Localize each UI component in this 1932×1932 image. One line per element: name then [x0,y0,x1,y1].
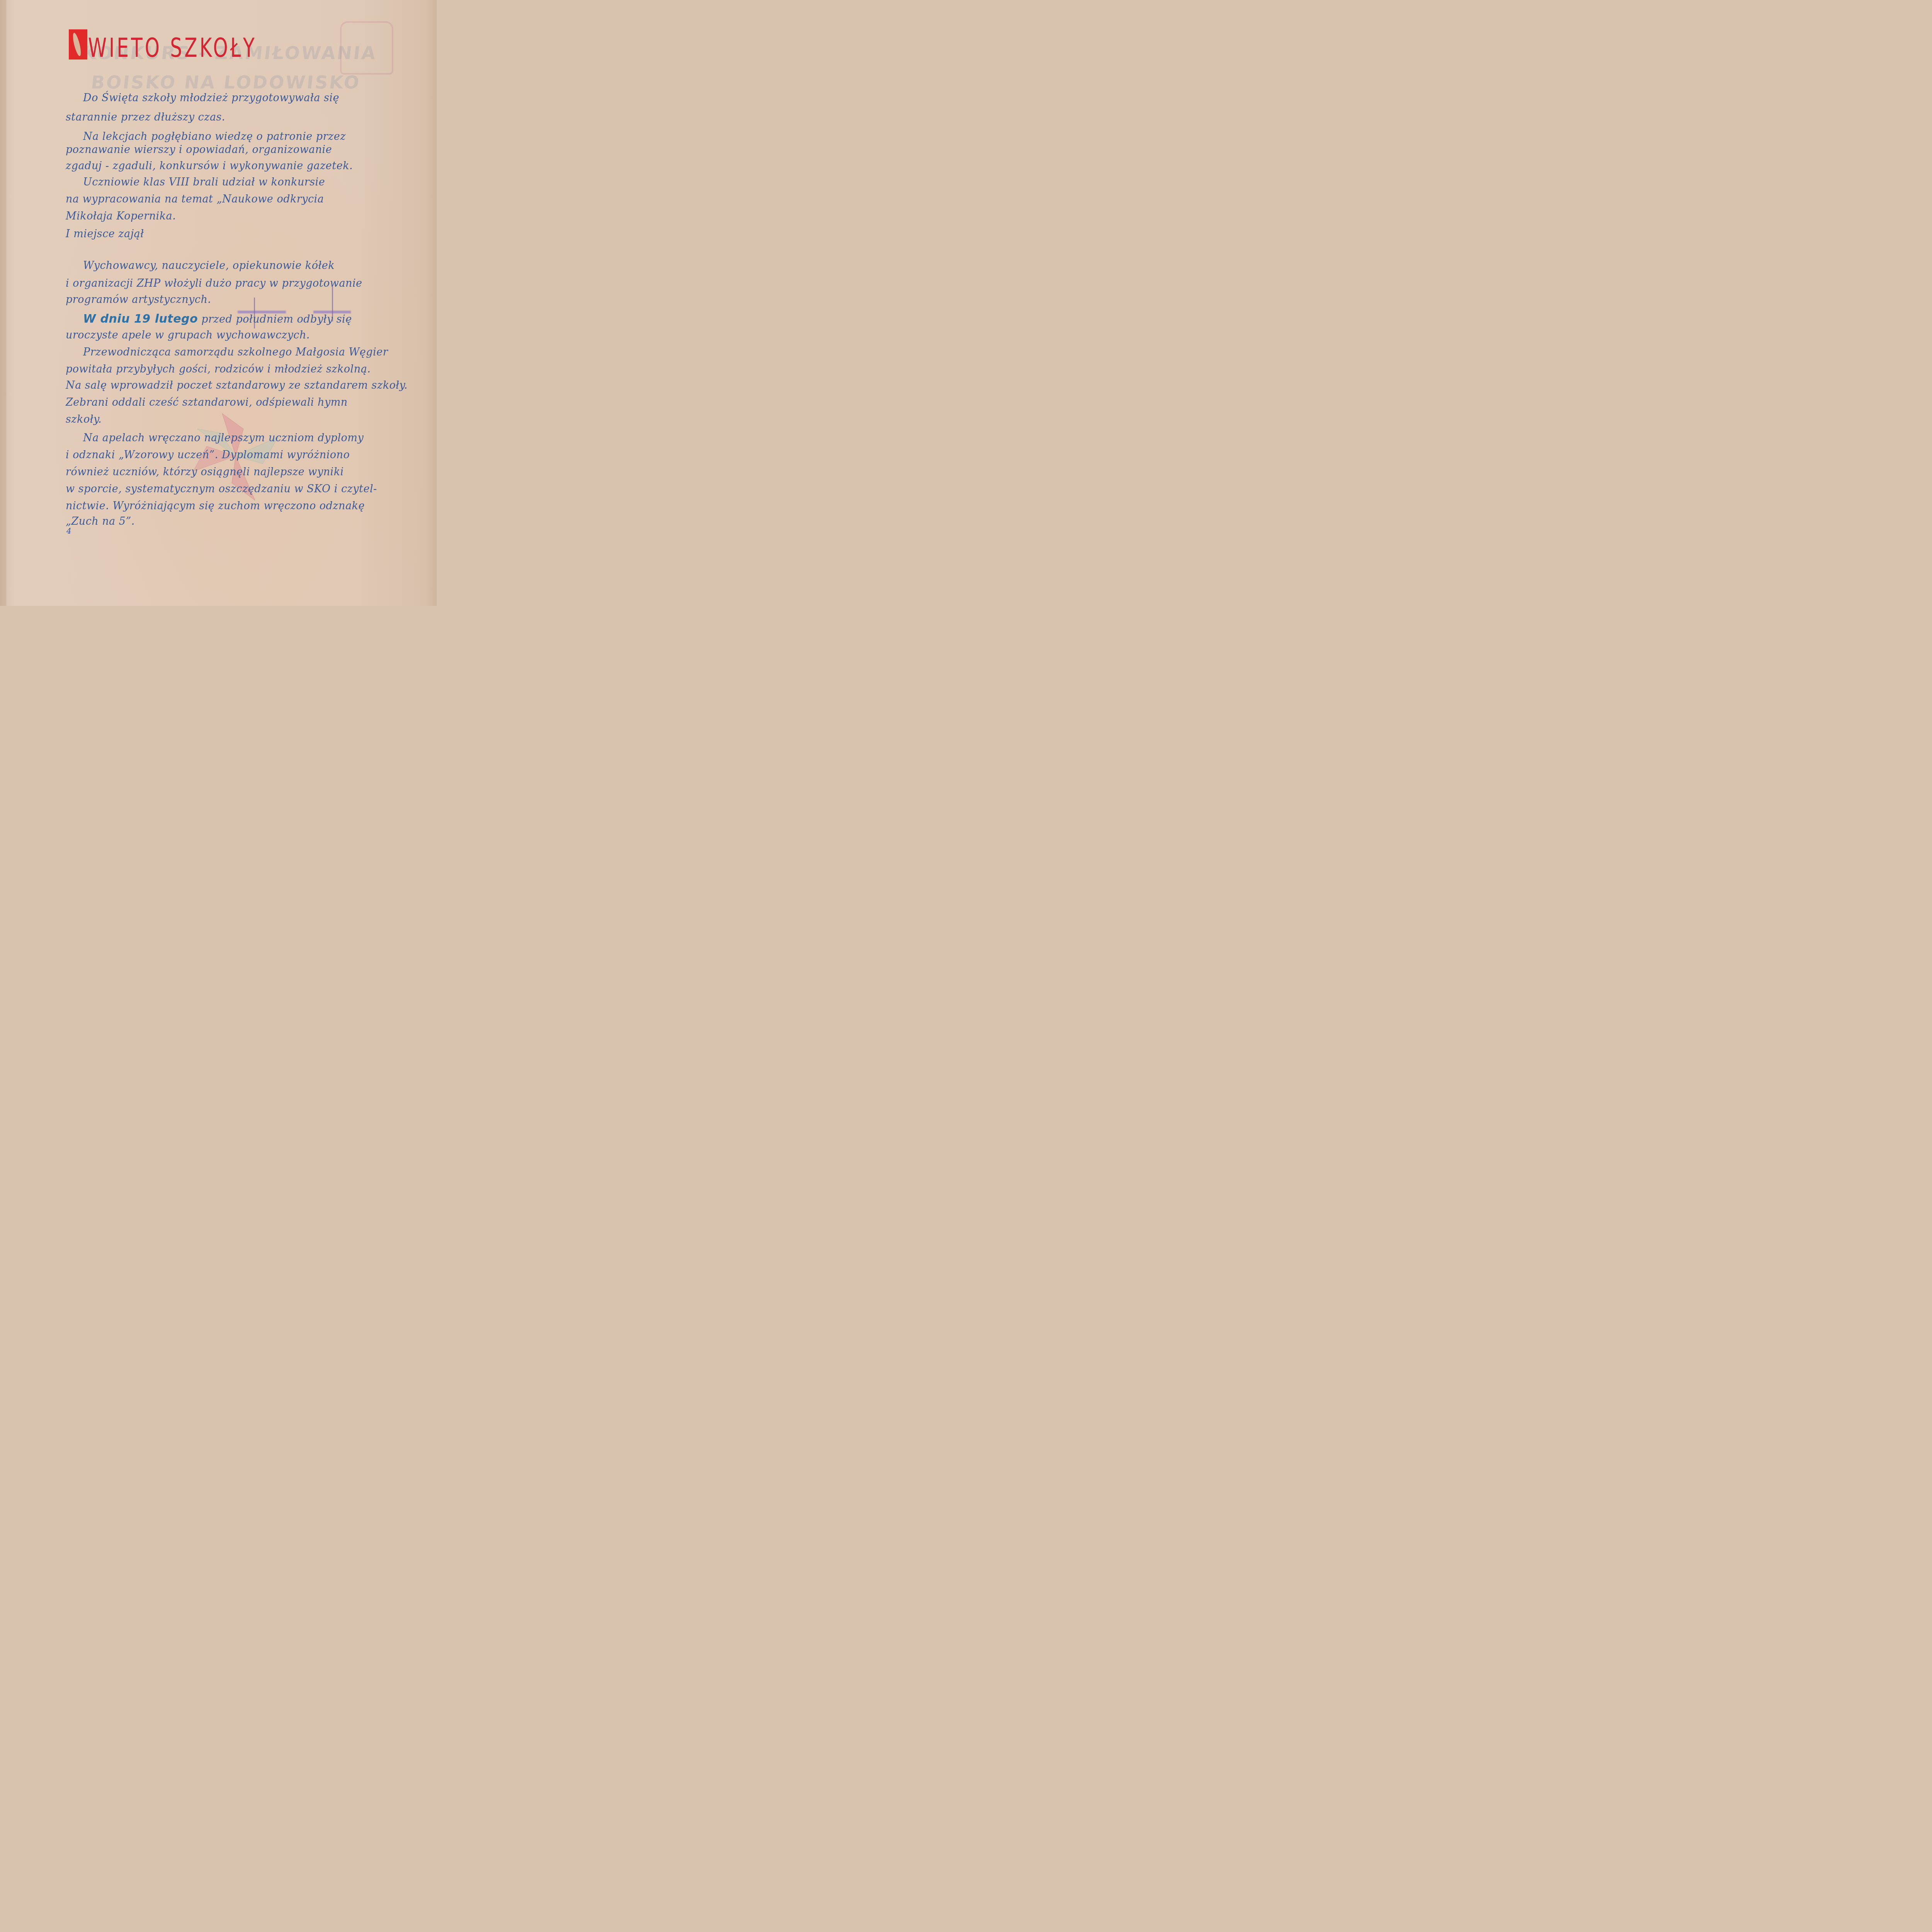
text-line: zgaduj - zgaduli, konkursów i wykonywani… [66,160,425,172]
page-binding-edge [0,0,6,606]
text-line: Na salę wprowadził poczet sztandarowy ze… [66,379,425,391]
date-line: W dniu 19 lutego przed południem odbyły … [83,312,437,326]
text-line: powitała przybyłych gości, rodziców i mł… [66,363,425,375]
text-line: na wypracowania na temat „Naukowe odkryc… [66,193,425,205]
document-page: KONKURS - ZAMIŁOWANIA BOISKO NA LODOWISK… [0,0,437,606]
text-line: Na apelach wręczano najlepszym uczniom d… [83,432,437,444]
text-line: i organizacji ZHP włożyli dużo pracy w p… [66,277,425,289]
text-line: Mikołaja Kopernika. [66,210,425,222]
text-line: nictwie. Wyróżniającym się zuchom wręczo… [66,500,425,512]
text-line: również uczniów, którzy osiągnęli najlep… [66,466,425,478]
text-line: i odznaki „Wzorowy uczeń”. Dyplomami wyr… [66,449,425,461]
text-line: szkoły. [66,413,425,425]
text-line: uroczyste apele w grupach wychowawczych. [66,329,425,341]
text-line: „Zuch na 5”. [66,515,425,527]
text-line: I miejsce zajął [66,228,425,240]
text-line: Do Święta szkoły młodzież przygotowywała… [83,92,437,104]
page-title: WIETO SZKOŁY [69,29,257,60]
text-line: Zebrani oddali cześć sztandarowi, odśpie… [66,396,425,408]
page-mark: 4 [66,526,71,536]
text-line: Przewodnicząca samorządu szkolnego Małgo… [83,346,437,358]
title-text: WIETO SZKOŁY [88,35,257,61]
text-line: Uczniowie klas VIII brali udział w konku… [83,176,437,188]
bleed-through-line-2: BOISKO NA LODOWISKO [90,72,375,93]
title-drop-cap-s [69,29,87,60]
text-line: Na lekcjach pogłębiano wiedzę o patronie… [83,131,437,143]
date-emphasis: W dniu 19 lutego [83,312,198,326]
text-line: starannie przez dłuższy czas. [66,111,425,123]
date-line-rest: przed południem odbyły się [198,313,352,325]
text-line: Wychowawcy, nauczyciele, opiekunowie kół… [83,260,437,272]
text-line: poznawanie wierszy i opowiadań, organizo… [66,144,425,156]
text-line: w sporcie, systematycznym oszczędzaniu w… [66,483,425,495]
